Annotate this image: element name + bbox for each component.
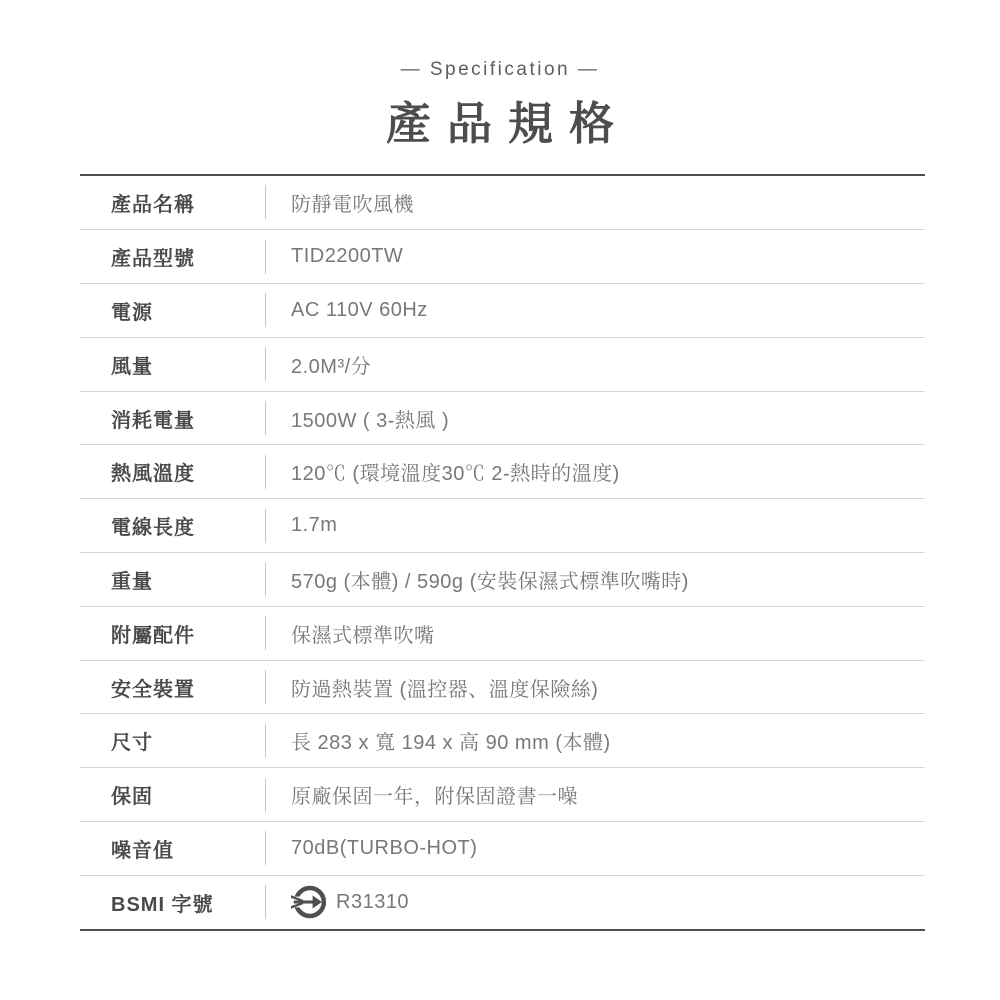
spec-row-value-text: 2.0M³/分: [291, 350, 371, 379]
spec-row-value: 70dB(TURBO-HOT): [266, 837, 477, 860]
spec-row-value: AC 110V 60Hz: [266, 299, 428, 322]
spec-row-label: 尺寸: [80, 726, 265, 755]
spec-row-value-text: 保濕式標準吹嘴: [291, 619, 435, 648]
spec-row: 熱風溫度 120℃ (環境溫度30℃ 2-熱時的溫度): [80, 444, 925, 498]
spec-row-label: 重量: [80, 565, 265, 594]
spec-table: 產品名稱 防靜電吹風機 產品型號 TID2200TW 電源 AC 110V 60…: [80, 174, 925, 931]
spec-row-label: 電線長度: [80, 511, 265, 540]
bsmi-certification-icon: [291, 884, 327, 920]
spec-row-label: BSMI 字號: [80, 888, 265, 917]
spec-row: 安全裝置 防過熱裝置 (溫控器、溫度保險絲): [80, 660, 925, 714]
page-title: 產品規格: [0, 99, 1000, 149]
spec-row-value: 長 283 x 寬 194 x 高 90 mm (本體): [266, 726, 611, 755]
spec-row-label: 消耗電量: [80, 404, 265, 433]
spec-row-value-text: R31310: [336, 891, 409, 914]
spec-row-value: 防過熱裝置 (溫控器、溫度保險絲): [266, 673, 598, 702]
spec-row: 風量 2.0M³/分: [80, 337, 925, 391]
spec-row-label: 產品型號: [80, 242, 265, 271]
spec-row-label: 附屬配件: [80, 619, 265, 648]
spec-row-value-text: 1500W ( 3-熱風 ): [291, 404, 449, 433]
spec-row-label: 保固: [80, 780, 265, 809]
spec-row-value: 1500W ( 3-熱風 ): [266, 404, 449, 433]
spec-row-value: 防靜電吹風機: [266, 188, 414, 217]
spec-row-value: 570g (本體) / 590g (安裝保濕式標準吹嘴時): [266, 565, 689, 594]
spec-row: 保固 原廠保固一年，附保固證書一噪: [80, 767, 925, 821]
spec-row-label: 熱風溫度: [80, 457, 265, 486]
spec-row: 電源 AC 110V 60Hz: [80, 283, 925, 337]
spec-row: 噪音值 70dB(TURBO-HOT): [80, 821, 925, 875]
product-spec-sheet: — Specification — 產品規格 產品名稱 防靜電吹風機 產品型號 …: [0, 0, 1000, 1000]
spec-row-value: 保濕式標準吹嘴: [266, 619, 435, 648]
spec-row-value-text: AC 110V 60Hz: [291, 299, 428, 322]
spec-row: BSMI 字號 R31310: [80, 875, 925, 929]
spec-row: 產品名稱 防靜電吹風機: [80, 176, 925, 230]
spec-row-value-text: 70dB(TURBO-HOT): [291, 837, 477, 860]
spec-row-label: 電源: [80, 296, 265, 325]
spec-row-label: 產品名稱: [80, 188, 265, 217]
spec-row-value-text: 570g (本體) / 590g (安裝保濕式標準吹嘴時): [291, 565, 689, 594]
spec-row: 電線長度 1.7m: [80, 498, 925, 552]
spec-row-value-text: 長 283 x 寬 194 x 高 90 mm (本體): [291, 726, 611, 755]
spec-row-value-text: 1.7m: [291, 514, 337, 537]
spec-row: 附屬配件 保濕式標準吹嘴: [80, 606, 925, 660]
spec-row-label: 安全裝置: [80, 673, 265, 702]
spec-row-label: 噪音值: [80, 834, 265, 863]
spec-row: 重量 570g (本體) / 590g (安裝保濕式標準吹嘴時): [80, 552, 925, 606]
spec-row-value: 1.7m: [266, 514, 337, 537]
spec-row-value: R31310: [266, 884, 409, 920]
spec-row-value: TID2200TW: [266, 245, 403, 268]
spec-row-value: 2.0M³/分: [266, 350, 371, 379]
spec-row-value-text: TID2200TW: [291, 245, 403, 268]
spec-row: 消耗電量 1500W ( 3-熱風 ): [80, 391, 925, 445]
spec-row: 產品型號 TID2200TW: [80, 229, 925, 283]
spec-row-value-text: 防靜電吹風機: [291, 188, 414, 217]
spec-row: 尺寸 長 283 x 寬 194 x 高 90 mm (本體): [80, 713, 925, 767]
spec-row-value-text: 120℃ (環境溫度30℃ 2-熱時的溫度): [291, 457, 620, 486]
spec-row-value-text: 防過熱裝置 (溫控器、溫度保險絲): [291, 673, 598, 702]
spec-row-label: 風量: [80, 350, 265, 379]
spec-row-value: 120℃ (環境溫度30℃ 2-熱時的溫度): [266, 457, 620, 486]
spec-row-value-text: 原廠保固一年，附保固證書一噪: [291, 780, 578, 809]
spec-row-value: 原廠保固一年，附保固證書一噪: [266, 780, 578, 809]
section-eyebrow: — Specification —: [0, 60, 1000, 79]
